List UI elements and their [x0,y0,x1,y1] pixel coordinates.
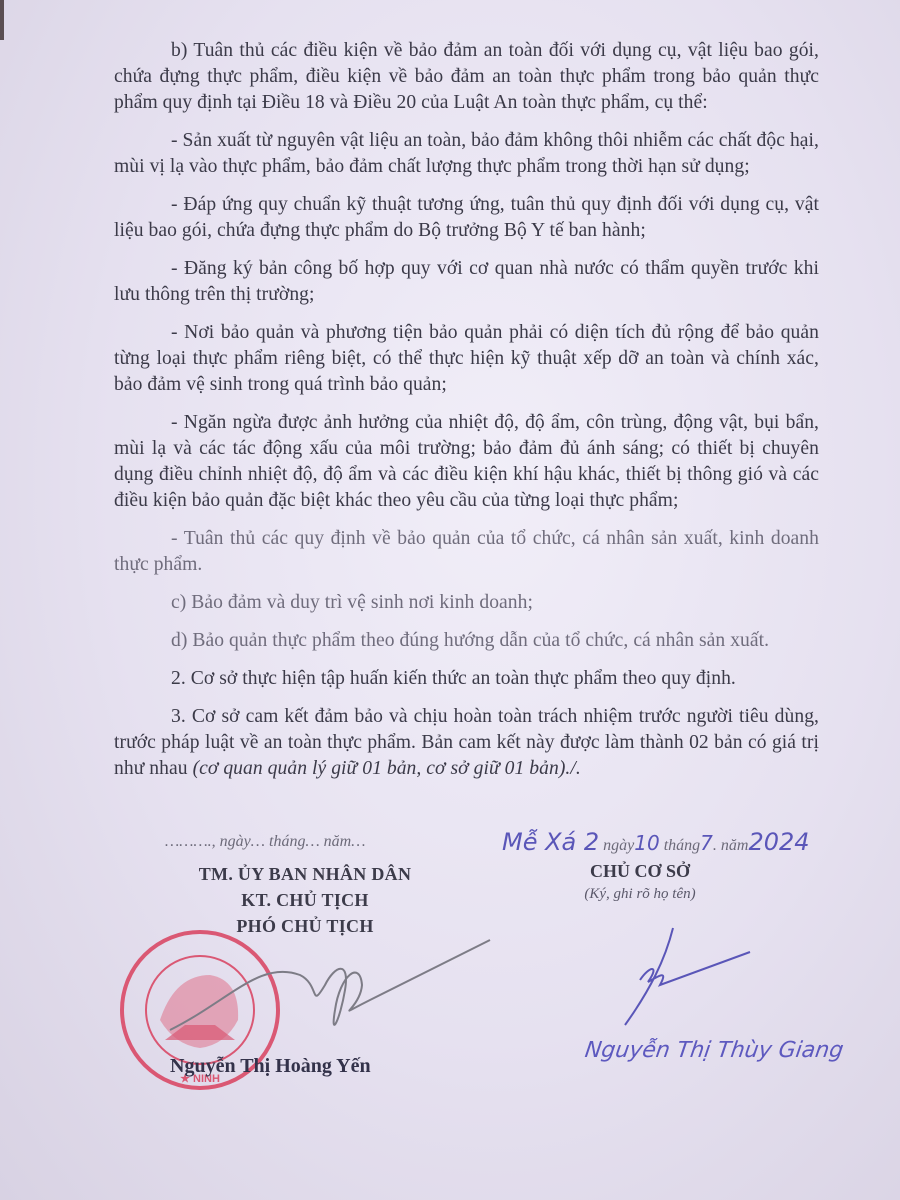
paragraph-b-6: - Tuân thủ các quy định về bảo quản của … [114,526,819,578]
right-date-line: Mễ Xá 2 ngày10 tháng7. năm2024 [502,828,810,856]
month-label: tháng [664,837,700,854]
month-handwritten: 7 [700,831,713,855]
place-handwritten: Mễ Xá 2 [502,828,599,856]
left-title-line-3: PHÓ CHỦ TỊCH [130,916,480,937]
day-label: ngày [603,837,634,854]
paragraph-b-5: - Ngăn ngừa được ảnh hưởng của nhiệt độ,… [114,410,819,514]
paragraph-d: d) Bảo quản thực phẩm theo đúng hướng dẫ… [114,628,819,654]
left-title-line-2: KT. CHỦ TỊCH [130,890,480,911]
paragraph-b-2: - Đáp ứng quy chuẩn kỹ thuật tương ứng, … [114,192,819,244]
paragraph-b-1: - Sản xuất từ nguyên vật liệu an toàn, b… [114,128,819,180]
svg-text:★ NINH: ★ NINH [180,1073,220,1085]
paragraph-3: 3. Cơ sở cam kết đảm bảo và chịu hoàn to… [114,704,819,782]
year-label: năm [721,837,749,854]
paragraph-3-italic: (cơ quan quản lý giữ 01 bản, cơ sở giữ 0… [193,758,581,779]
paragraph-b-3: - Đăng ký bản công bố hợp quy với cơ qua… [114,256,819,308]
left-signature-icon [170,940,490,1030]
year-handwritten: 2024 [748,828,809,856]
paragraph-b-4: - Nơi bảo quản và phương tiện bảo quản p… [114,320,819,398]
right-signature-icon [625,928,750,1025]
official-stamp-icon: ★ NINH [122,932,278,1088]
left-date-line: ………., ngày… tháng… năm… [165,833,365,851]
paragraph-2: 2. Cơ sở thực hiện tập huấn kiến thức an… [114,666,819,692]
owner-title: CHỦ CƠ SỞ [540,861,740,882]
right-signer-name: Nguyễn Thị Thùy Giang [583,1038,845,1063]
photo-edge [0,0,4,40]
owner-subtitle: (Ký, ghi rõ họ tên) [540,886,740,903]
paragraph-c: c) Bảo đảm và duy trì vệ sinh nơi kinh d… [114,590,819,616]
document-body: b) Tuân thủ các điều kiện về bảo đảm an … [114,38,819,794]
day-handwritten: 10 [634,831,659,855]
paragraph-b: b) Tuân thủ các điều kiện về bảo đảm an … [114,38,819,116]
left-signer-name: Nguyễn Thị Hoàng Yến [170,1055,371,1078]
left-title-line-1: TM. ỦY BAN NHÂN DÂN [130,864,480,885]
